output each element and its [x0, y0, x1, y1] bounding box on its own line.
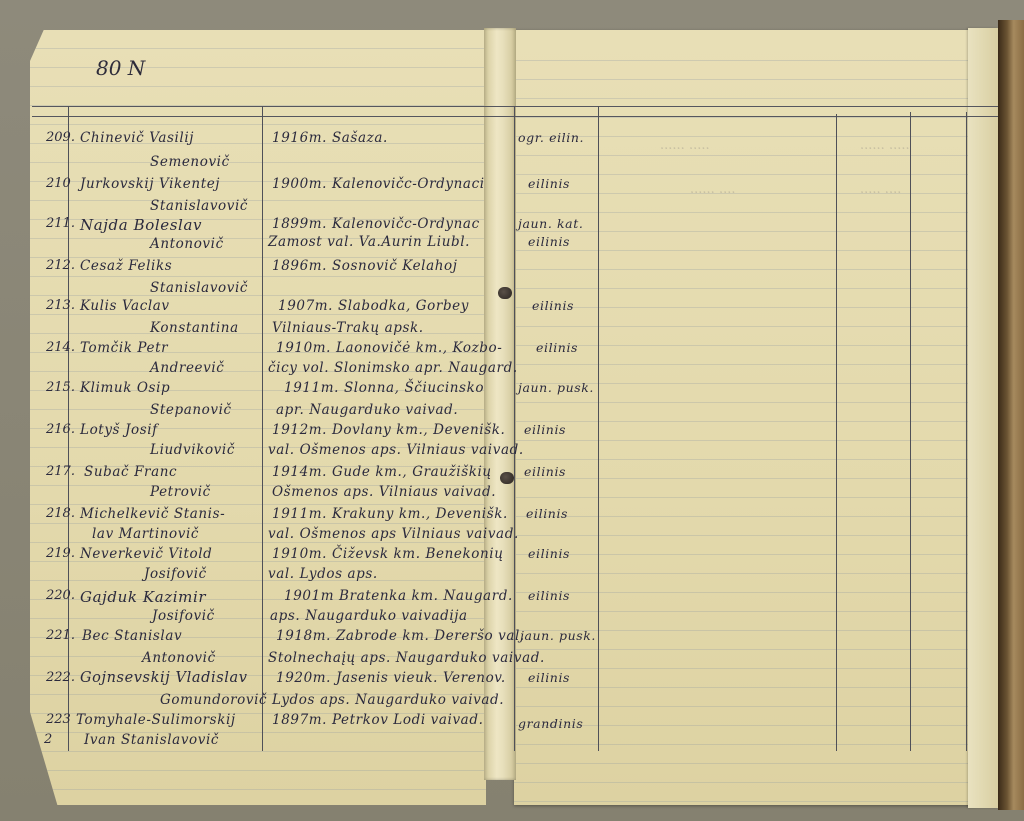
entry-patronymic: Antonovič	[142, 650, 216, 666]
folio-mark: 80 N	[96, 56, 145, 80]
page-edge-strip	[968, 28, 998, 808]
entry-patronymic: lav Martinovič	[92, 526, 199, 542]
entry-surname: Chinevič Vasilij	[80, 130, 194, 146]
entry-status: eilinis	[528, 588, 570, 603]
binding-pin	[498, 287, 512, 299]
entry-number: 218.	[46, 506, 75, 521]
entry-number: 222.	[46, 670, 75, 685]
entry-status: eilinis	[526, 506, 568, 521]
entry-number: 220.	[46, 588, 75, 603]
column-rule-status	[598, 106, 599, 751]
entry-number: 221.	[46, 628, 75, 643]
entry-patronymic: Stepanovič	[150, 402, 232, 418]
binding-pin	[500, 472, 514, 484]
header-rule-top	[32, 106, 998, 107]
entry-birth-place-cont: čicy vol. Slonimsko apr. Naugard.	[268, 360, 518, 376]
entry-number: 209.	[46, 130, 75, 145]
entry-patronymic: Stanislavovič	[150, 280, 248, 296]
entry-status: eilinis	[532, 298, 574, 313]
entry-birth-place-cont: Vilniaus-Trakų apsk.	[272, 320, 424, 336]
entry-surname: Gojnsevskij Vladislav	[80, 670, 248, 686]
column-rule-name	[262, 106, 263, 751]
entry-patronymic: Andreevič	[150, 360, 224, 376]
entry-status: jaun. kat.	[518, 216, 583, 231]
entry-patronymic: Stanislavovič	[150, 198, 248, 214]
entry-birth-place: 1914m. Gude km., Graužiškių	[272, 464, 492, 480]
entry-number: 213.	[46, 298, 75, 313]
entry-patronymic: Petrovič	[150, 484, 211, 500]
entry-patronymic: Liudvikovič	[150, 442, 235, 458]
entry-birth-place-cont: Zamost val. Va.Aurin Liubl.	[268, 234, 470, 250]
entry-patronymic: Semenovič	[150, 154, 230, 170]
entry-birth-place: 1916m. Sašaza.	[272, 130, 388, 146]
entry-status: jaun. pusk.	[520, 628, 596, 643]
column-rule-right-3	[966, 112, 967, 751]
bleed-through-text: ..... ......	[860, 138, 910, 153]
entry-birth-place-cont: apr. Naugarduko vaivad.	[276, 402, 458, 418]
entry-number: 210	[46, 176, 71, 191]
entry-surname: Klimuk Osip	[80, 380, 170, 396]
bleed-through-text: .... .....	[860, 182, 901, 197]
entry-surname: Tomyhale-Sulimorskij	[76, 712, 236, 728]
entry-birth-place: 1897m. Petrkov Lodi vaivad.	[272, 712, 483, 728]
entry-surname: Cesaž Feliks	[80, 258, 172, 274]
entry-status: eilinis	[524, 464, 566, 479]
entry-surname: Tomčik Petr	[80, 340, 168, 356]
column-rule-right-2	[910, 112, 911, 751]
book-spine-edge	[998, 20, 1024, 810]
bleed-through-text: .... ......	[690, 182, 735, 197]
entry-surname: Neverkevič Vitold	[80, 546, 212, 562]
entry-birth-place-cont: val. Ošmenos aps. Vilniaus vaivad.	[268, 442, 524, 458]
entry-status: eilinis	[528, 670, 570, 685]
entry-birth-place-cont: aps. Naugarduko vaivadija	[270, 608, 468, 624]
entry-surname: Gajduk Kazimir	[80, 588, 206, 606]
entry-number: 212.	[46, 258, 75, 273]
entry-birth-place-cont: Ošmenos aps. Vilniaus vaivad.	[272, 484, 496, 500]
entry-birth-place-cont: val. Lydos aps.	[268, 566, 378, 582]
entry-patronymic: Ivan Stanislavovič	[84, 732, 219, 748]
entry-status: eilinis	[528, 546, 570, 561]
entry-number: 223	[46, 712, 71, 727]
entry-birth-place: 1907m. Slabodka, Gorbey	[278, 298, 469, 314]
entry-surname: Kulis Vaclav	[80, 298, 170, 314]
binding-gutter	[484, 28, 516, 780]
entry-birth-place-cont: Lydos aps. Naugarduko vaivad.	[272, 692, 504, 708]
entry-birth-place: 1918m. Zabrode km. Dereršo val.	[276, 628, 525, 644]
entry-patronymic: Konstantina	[150, 320, 239, 336]
bleed-through-text: ..... ......	[660, 138, 710, 153]
entry-surname: Jurkovskij Vikentej	[80, 176, 220, 192]
entry-surname: Lotyš Josif	[80, 422, 158, 438]
entry-patronymic: Gomundorovič	[160, 692, 267, 708]
entry-surname: Bec Stanislav	[82, 628, 182, 644]
entry-number: 211.	[46, 216, 75, 231]
entry-birth-place: 1911m. Slonna, Ščiucinsko	[284, 380, 484, 396]
entry-status: jaun. pusk.	[518, 380, 594, 395]
entry-birth-place: 1900m. Kalenovičc-Ordynaci	[272, 176, 485, 192]
entry-number: 217.	[46, 464, 75, 479]
entry-status-cont: eilinis	[528, 234, 570, 249]
entry-status: eilinis	[536, 340, 578, 355]
entry-birth-place-cont: val. Ošmenos aps Vilniaus vaivad.	[268, 526, 519, 542]
entry-birth-place: 1920m. Jasenis vieuk. Verenov.	[276, 670, 506, 686]
entry-surname: Subač Franc	[84, 464, 177, 480]
entry-status: ogr. eilin.	[518, 130, 584, 145]
entry-number: 214.	[46, 340, 75, 355]
entry-birth-place: 1910m. Čiževsk km. Benekonių	[272, 546, 504, 562]
entry-birth-place: 1896m. Sosnovič Kelahoj	[272, 258, 458, 274]
entry-birth-place: 1912m. Dovlany km., Devenišk.	[272, 422, 505, 438]
entry-status: eilinis	[528, 176, 570, 191]
entry-birth-place: 1910m. Laonovičė km., Kozbo-	[276, 340, 502, 356]
entry-birth-place: 1901m Bratenka km. Naugard.	[284, 588, 513, 604]
entry-patronymic: Josifovič	[152, 608, 215, 624]
entry-number: 219.	[46, 546, 75, 561]
entry-number: 216.	[46, 422, 75, 437]
entry-patronymic: Josifovič	[144, 566, 207, 582]
column-rule-right-1	[836, 114, 837, 751]
entry-birth-place: 1911m. Krakuny km., Devenišk.	[272, 506, 508, 522]
header-rule-bottom	[32, 116, 998, 117]
entry-birth-place: 1899m. Kalenovičc-Ordynac	[272, 216, 480, 232]
entry-patronymic: Antonovič	[150, 236, 224, 252]
entry-status: eilinis	[524, 422, 566, 437]
entry-surname: Michelkevič Stanis-	[80, 506, 225, 522]
entry-surname: Najda Boleslav	[80, 216, 202, 234]
entry-number: 215.	[46, 380, 75, 395]
entry-birth-place-cont: Stolnechaįų aps. Naugarduko vaivad.	[268, 650, 545, 666]
entry-number-suffix: 2	[44, 732, 52, 747]
entry-status: grandinis	[518, 716, 583, 731]
